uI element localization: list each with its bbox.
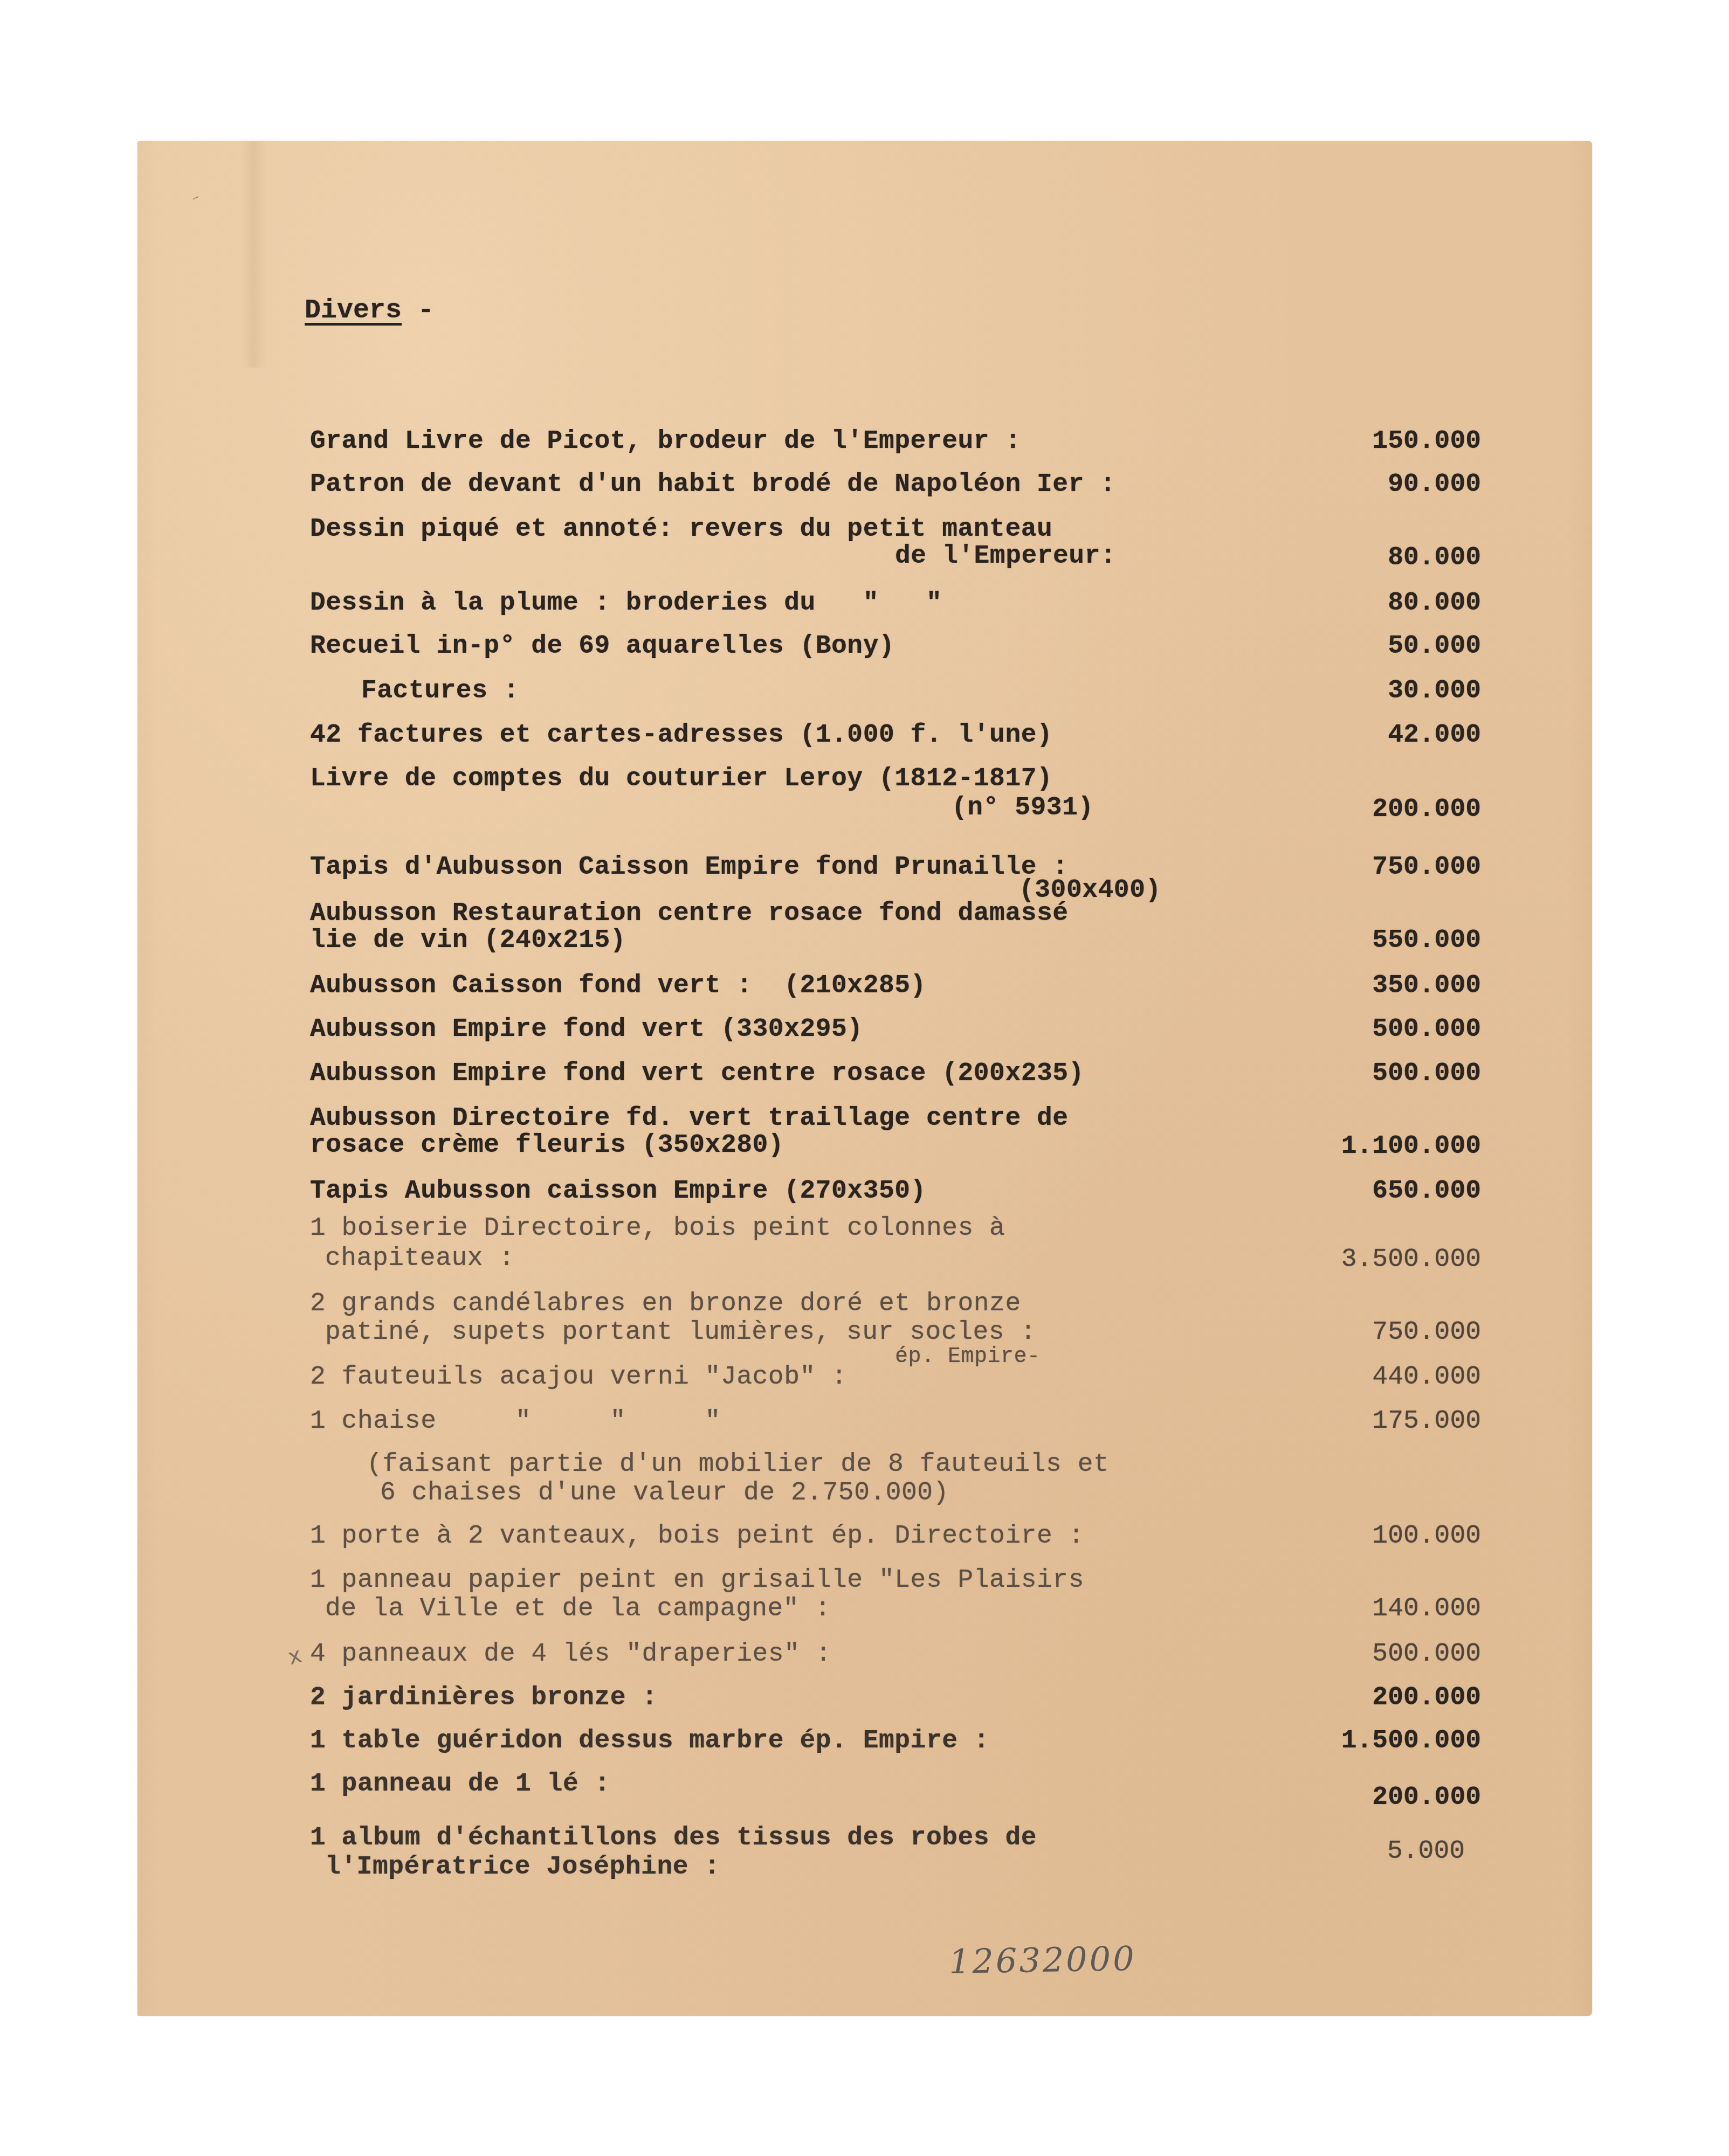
list-item-text-cont: l'Impératrice Joséphine : [325, 1853, 720, 1882]
list-item-text: Recueil in-p° de 69 aquarelles (Bony) [310, 632, 894, 661]
list-item-text: 1 boiserie Directoire, bois peint colonn… [310, 1214, 1005, 1243]
list-item-text: 1 panneau de 1 lé : [310, 1770, 610, 1799]
list-item-value: 1.500.000 [1341, 1726, 1481, 1756]
list-item-value: 200.000 [1372, 1783, 1481, 1812]
list-item-text: Dessin à la plume : broderies du " " [310, 589, 942, 618]
list-item-value: 30.000 [1388, 676, 1481, 706]
list-item-annotation: ép. Empire- [895, 1345, 1041, 1369]
list-item-text: Aubusson Restauration centre rosace fond… [310, 899, 1069, 928]
list-item-value: 200.000 [1372, 1683, 1481, 1712]
list-item-value: 1.100.000 [1341, 1132, 1481, 1161]
paper-fold-shadow [240, 141, 267, 368]
list-item-text: Tapis Aubusson caisson Empire (270x350) [310, 1177, 926, 1206]
list-item-text: Dessin piqué et annoté: revers du petit … [310, 515, 1052, 544]
inventory-list: Grand Livre de Picot, brodeur de l'Emper… [310, 0, 1481, 2156]
list-item-value: 500.000 [1372, 1640, 1481, 1669]
list-item-text: 2 grands candélabres en bronze doré et b… [310, 1289, 1021, 1318]
list-item-value: 750.000 [1372, 1318, 1481, 1347]
list-item-value: 42.000 [1388, 721, 1481, 750]
list-item-value: 5.000 [1387, 1837, 1465, 1866]
list-item-value: 350.000 [1372, 971, 1481, 1000]
list-item-text-cont: de la Ville et de la campagne" : [325, 1594, 831, 1623]
list-item-text-cont: chapiteaux : [325, 1244, 515, 1273]
list-item-value: 80.000 [1388, 589, 1481, 618]
list-item-text: 1 chaise " " " [310, 1407, 721, 1436]
handwritten-total: 12632000 [948, 1939, 1136, 1981]
list-item-text: Aubusson Directoire fd. vert traillage c… [310, 1104, 1069, 1133]
list-item-text-cont: rosace crème fleuris (350x280) [310, 1131, 784, 1160]
list-item-value: 550.000 [1372, 926, 1481, 955]
list-item-text: 1 album d'échantillons des tissus des ro… [310, 1823, 1037, 1853]
list-item-text: Aubusson Empire fond vert (330x295) [310, 1015, 863, 1044]
list-item-value: 440.000 [1372, 1363, 1481, 1392]
list-item-text: Tapis d'Aubusson Caisson Empire fond Pru… [310, 853, 1069, 882]
list-item-text-cont: de l'Empereur: [895, 542, 1116, 571]
list-item-value: 750.000 [1372, 853, 1481, 882]
list-item-value: 500.000 [1372, 1015, 1481, 1044]
list-item-value: 80.000 [1388, 543, 1481, 572]
list-item-text: 1 table guéridon dessus marbre ép. Empir… [310, 1726, 989, 1756]
list-item-text-cont: lie de vin (240x215) [310, 926, 626, 955]
list-item-note-cont: 6 chaises d'une valeur de 2.750.000) [380, 1478, 949, 1508]
list-item-text: Livre de comptes du couturier Leroy (181… [310, 764, 1052, 793]
list-item-text: Aubusson Caisson fond vert : (210x285) [310, 971, 926, 1000]
list-item-value: 200.000 [1372, 795, 1481, 824]
list-item-value: 175.000 [1372, 1407, 1481, 1436]
list-item-text: Patron de devant d'un habit brodé de Nap… [310, 470, 1116, 499]
list-item-text: Aubusson Empire fond vert centre rosace … [310, 1059, 1084, 1088]
list-item-text: Grand Livre de Picot, brodeur de l'Emper… [310, 427, 1021, 456]
list-item-value: 3.500.000 [1341, 1245, 1481, 1274]
list-item-text-cont: patiné, supets portant lumières, sur soc… [325, 1318, 1036, 1347]
list-item-value: 650.000 [1372, 1177, 1481, 1206]
list-item-text: 1 panneau papier peint en grisaille "Les… [310, 1566, 1084, 1595]
list-item-text: 42 factures et cartes-adresses (1.000 f.… [310, 721, 1052, 750]
list-item-value: 90.000 [1388, 470, 1481, 499]
list-item-value: 140.000 [1372, 1594, 1481, 1623]
list-item-value: 50.000 [1388, 632, 1481, 661]
list-item-text: Factures : [361, 676, 519, 706]
list-item-text: 2 fauteuils acajou verni "Jacob" : [310, 1363, 847, 1392]
list-item-note: (faisant partie d'un mobilier de 8 faute… [367, 1450, 1109, 1479]
list-item-text: 4 panneaux de 4 lés "draperies" : [310, 1640, 831, 1669]
list-item-value: 100.000 [1372, 1522, 1481, 1551]
list-item-value: 150.000 [1372, 427, 1481, 456]
list-item-value: 500.000 [1372, 1059, 1481, 1088]
list-item-text: 2 jardinières bronze : [310, 1683, 658, 1712]
list-item-text: 1 porte à 2 vanteaux, bois peint ép. Dir… [310, 1522, 1084, 1551]
list-item-text-cont: (n° 5931) [952, 793, 1094, 823]
